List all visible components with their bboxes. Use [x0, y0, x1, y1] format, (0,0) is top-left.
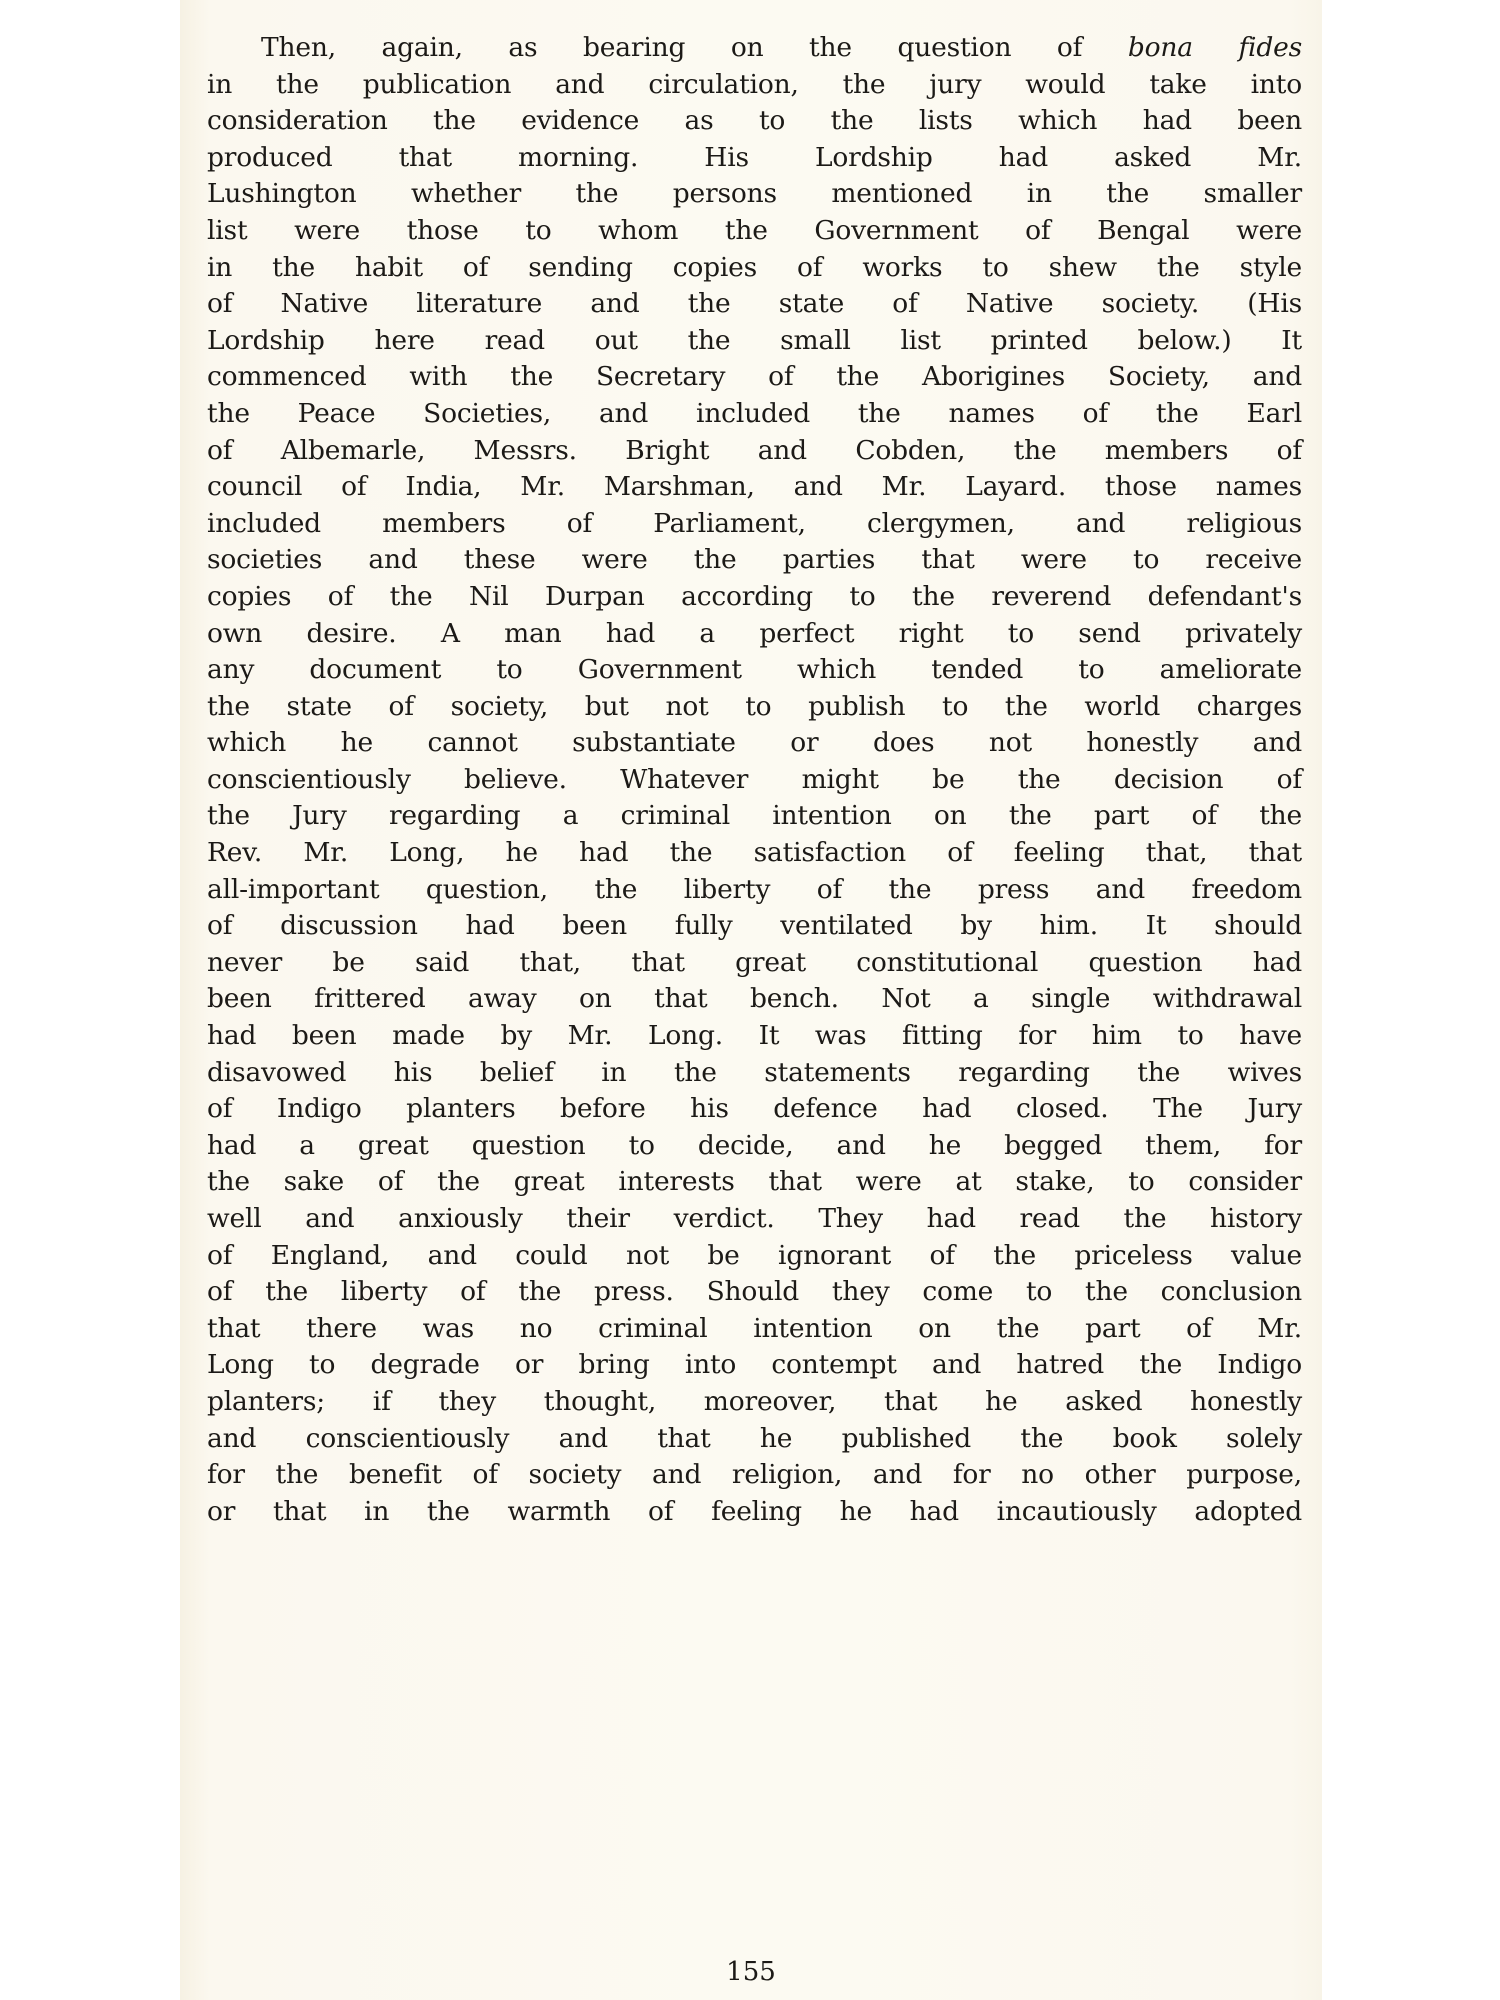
text-line: in the publication and circulation, the … [207, 67, 1302, 104]
text-line: or that in the warmth of feeling he had … [207, 1494, 1302, 1531]
text-line: the sake of the great interests that wer… [207, 1164, 1302, 1201]
text-line: Rev. Mr. Long, he had the satisfaction o… [207, 835, 1302, 872]
text-line: produced that morning. His Lordship had … [207, 140, 1302, 177]
text-line: all-important question, the liberty of t… [207, 872, 1302, 909]
text-line: in the habit of sending copies of works … [207, 250, 1302, 287]
text-line: conscientiously believe. Whatever might … [207, 762, 1302, 799]
italic-phrase-bona-fides: bona fides [1128, 32, 1302, 63]
text-line-first: Then, again, as bearing on the question … [207, 30, 1302, 67]
text-line: that there was no criminal intention on … [207, 1311, 1302, 1348]
text-line: for the benefit of society and religion,… [207, 1457, 1302, 1494]
text-line: copies of the Nil Durpan according to th… [207, 579, 1302, 616]
text-line: council of India, Mr. Marshman, and Mr. … [207, 469, 1302, 506]
text-line: well and anxiously their verdict. They h… [207, 1201, 1302, 1238]
text-line: Long to degrade or bring into contempt a… [207, 1347, 1302, 1384]
body-text: Then, again, as bearing on the question … [207, 30, 1302, 1530]
text-line: disavowed his belief in the statements r… [207, 1055, 1302, 1092]
text-line: Lordship here read out the small list pr… [207, 323, 1302, 360]
text-line: the state of society, but not to publish… [207, 689, 1302, 726]
text-line: of the liberty of the press. Should they… [207, 1274, 1302, 1311]
text-line: any document to Government which tended … [207, 652, 1302, 689]
text-line: of discussion had been fully ventilated … [207, 908, 1302, 945]
text-line: had a great question to decide, and he b… [207, 1128, 1302, 1165]
page-number: 155 [180, 1957, 1322, 1987]
text-line: Lushington whether the persons mentioned… [207, 176, 1302, 213]
text-line: which he cannot substantiate or does not… [207, 725, 1302, 762]
first-line-prefix: Then, again, as bearing on the question … [261, 32, 1128, 63]
text-line: own desire. A man had a perfect right to… [207, 616, 1302, 653]
text-line: of Native literature and the state of Na… [207, 286, 1302, 323]
text-line: commenced with the Secretary of the Abor… [207, 359, 1302, 396]
text-line: the Jury regarding a criminal intention … [207, 798, 1302, 835]
text-line: had been made by Mr. Long. It was fittin… [207, 1018, 1302, 1055]
text-line: never be said that, that great constitut… [207, 945, 1302, 982]
text-line: list were those to whom the Government o… [207, 213, 1302, 250]
text-line: consideration the evidence as to the lis… [207, 103, 1302, 140]
text-line: planters; if they thought, moreover, tha… [207, 1384, 1302, 1421]
book-page: Then, again, as bearing on the question … [180, 0, 1322, 2000]
text-line: of England, and could not be ignorant of… [207, 1238, 1302, 1275]
text-line: of Albemarle, Messrs. Bright and Cobden,… [207, 433, 1302, 470]
text-line: of Indigo planters before his defence ha… [207, 1091, 1302, 1128]
text-line: been frittered away on that bench. Not a… [207, 981, 1302, 1018]
text-line: included members of Parliament, clergyme… [207, 506, 1302, 543]
text-line: societies and these were the parties tha… [207, 542, 1302, 579]
text-line: and conscientiously and that he publishe… [207, 1421, 1302, 1458]
text-line: the Peace Societies, and included the na… [207, 396, 1302, 433]
